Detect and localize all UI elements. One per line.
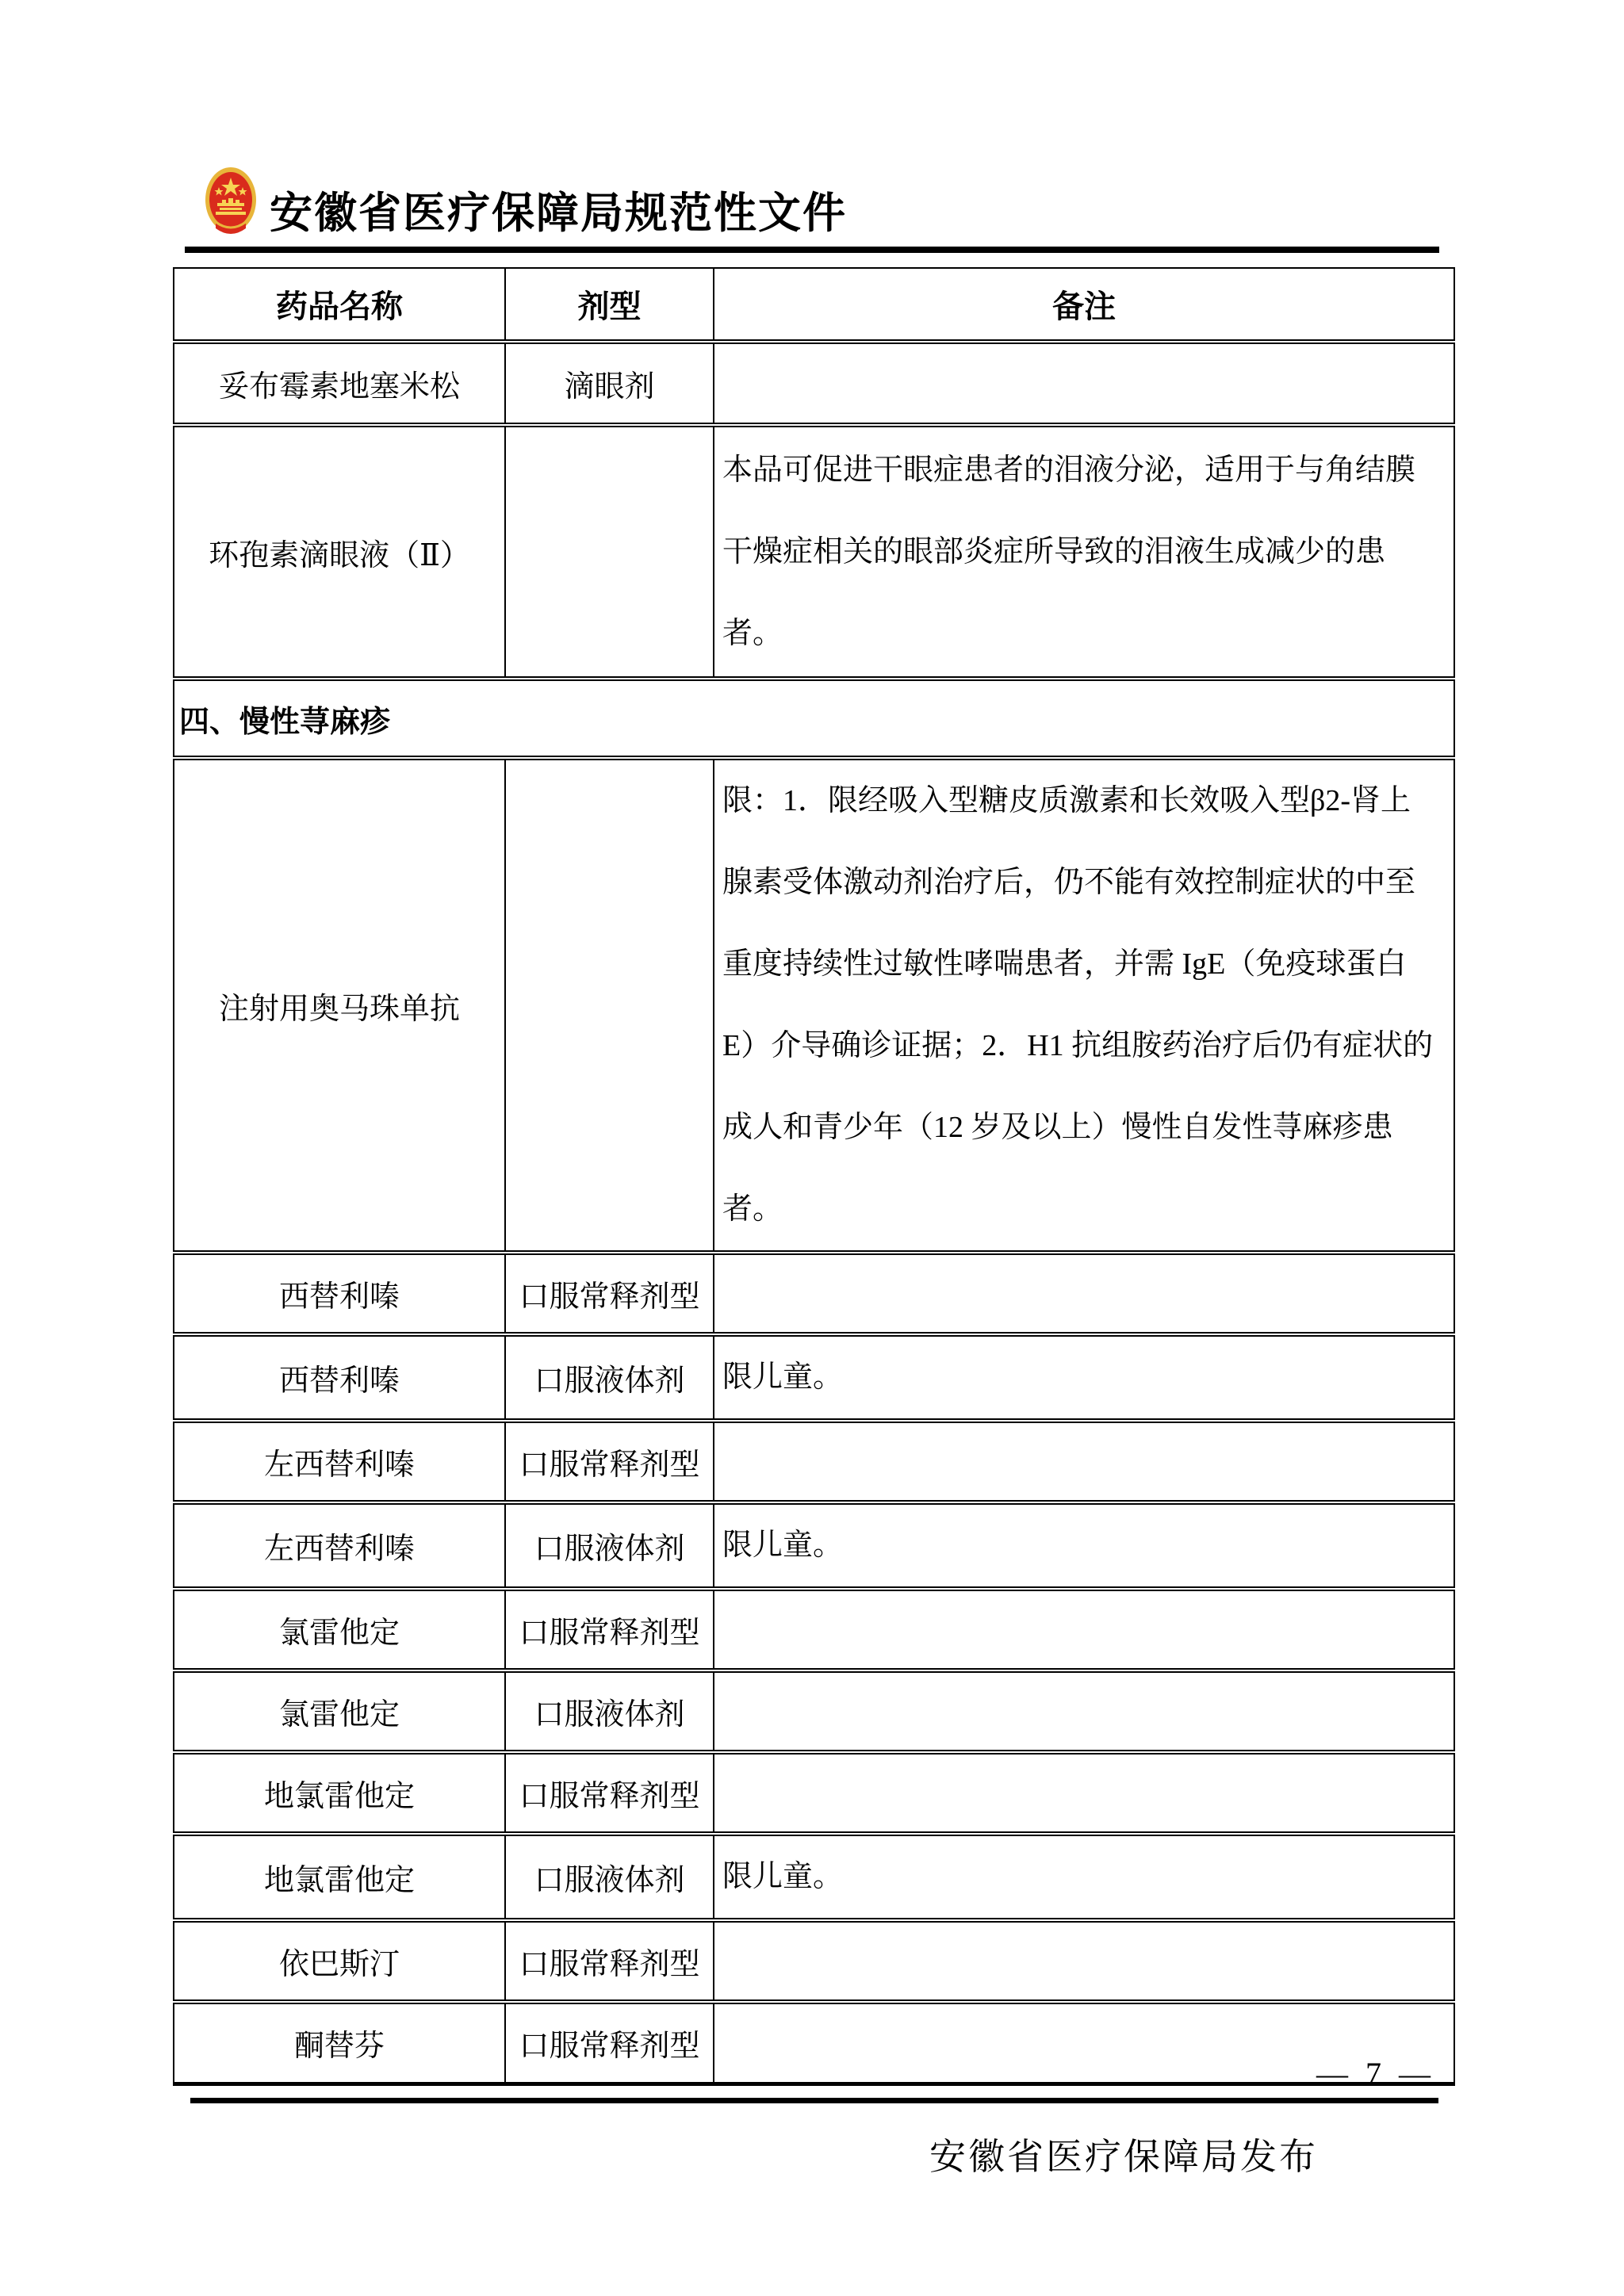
- column-header-dosage-form: 剂型: [505, 268, 714, 342]
- note-cell: 限：1．限经吸入型糖皮质激素和长效吸入型β2-肾上腺素受体激动剂治疗后，仍不能有…: [714, 758, 1454, 1253]
- page-number: — 7 —: [1316, 2055, 1435, 2092]
- dosage-form-cell: 口服液体剂: [505, 1334, 714, 1421]
- table-row: 左西替利嗪 口服常释剂型: [174, 1421, 1454, 1502]
- dosage-form-cell: [505, 425, 714, 679]
- note-cell: [714, 1752, 1454, 1834]
- drug-name-cell: 氯雷他定: [174, 1670, 505, 1752]
- note-cell: [714, 342, 1454, 425]
- dosage-form-cell: 口服常释剂型: [505, 1752, 714, 1834]
- table-row: 酮替芬 口服常释剂型: [174, 2002, 1454, 2084]
- table-row: 西替利嗪 口服常释剂型: [174, 1253, 1454, 1334]
- drug-name-cell: 注射用奥马珠单抗: [174, 758, 505, 1253]
- section-row: 四、慢性荨麻疹: [174, 679, 1454, 758]
- drug-name-cell: 西替利嗪: [174, 1253, 505, 1334]
- note-cell: [714, 1253, 1454, 1334]
- publisher-line: 安徽省医疗保障局发布: [929, 2128, 1318, 2180]
- dosage-form-cell: 口服液体剂: [505, 1834, 714, 1920]
- dosage-form-cell: 口服常释剂型: [505, 1589, 714, 1670]
- dosage-form-cell: 口服液体剂: [505, 1502, 714, 1589]
- table-row: 注射用奥马珠单抗 限：1．限经吸入型糖皮质激素和长效吸入型β2-肾上腺素受体激动…: [174, 758, 1454, 1253]
- drug-table: 药品名称 剂型 备注 妥布霉素地塞米松 滴眼剂 环孢素滴眼液（Ⅱ） 本品可促进干…: [173, 267, 1455, 2086]
- note-cell: [714, 1670, 1454, 1752]
- dosage-form-cell: 滴眼剂: [505, 342, 714, 425]
- table-row: 妥布霉素地塞米松 滴眼剂: [174, 342, 1454, 425]
- drug-name-cell: 依巴斯汀: [174, 1920, 505, 2002]
- column-header-note: 备注: [714, 268, 1454, 342]
- drug-name-cell: 环孢素滴眼液（Ⅱ）: [174, 425, 505, 679]
- note-cell: 限儿童。: [714, 1334, 1454, 1421]
- section-title: 四、慢性荨麻疹: [174, 679, 1454, 758]
- footer-divider: [190, 2098, 1438, 2103]
- table-row: 左西替利嗪 口服液体剂 限儿童。: [174, 1502, 1454, 1589]
- table-row: 氯雷他定 口服液体剂: [174, 1670, 1454, 1752]
- header-divider: [185, 247, 1439, 253]
- drug-name-cell: 氯雷他定: [174, 1589, 505, 1670]
- table-row: 依巴斯汀 口服常释剂型: [174, 1920, 1454, 2002]
- table-row: 西替利嗪 口服液体剂 限儿童。: [174, 1334, 1454, 1421]
- dosage-form-cell: 口服常释剂型: [505, 2002, 714, 2084]
- drug-name-cell: 妥布霉素地塞米松: [174, 342, 505, 425]
- table-row: 氯雷他定 口服常释剂型: [174, 1589, 1454, 1670]
- drug-name-cell: 左西替利嗪: [174, 1502, 505, 1589]
- note-cell: 本品可促进干眼症患者的泪液分泌，适用于与角结膜干燥症相关的眼部炎症所导致的泪液生…: [714, 425, 1454, 679]
- drug-name-cell: 西替利嗪: [174, 1334, 505, 1421]
- dosage-form-cell: 口服常释剂型: [505, 1253, 714, 1334]
- note-cell: 限儿童。: [714, 1834, 1454, 1920]
- drug-name-cell: 酮替芬: [174, 2002, 505, 2084]
- dosage-form-cell: [505, 758, 714, 1253]
- note-cell: [714, 1589, 1454, 1670]
- table-row: 环孢素滴眼液（Ⅱ） 本品可促进干眼症患者的泪液分泌，适用于与角结膜干燥症相关的眼…: [174, 425, 1454, 679]
- column-header-drug-name: 药品名称: [174, 268, 505, 342]
- dosage-form-cell: 口服常释剂型: [505, 1920, 714, 2002]
- table-row: 地氯雷他定 口服常释剂型: [174, 1752, 1454, 1834]
- national-emblem-icon: [205, 166, 257, 238]
- note-cell: 限儿童。: [714, 1502, 1454, 1589]
- note-cell: [714, 1920, 1454, 2002]
- drug-name-cell: 地氯雷他定: [174, 1752, 505, 1834]
- dosage-form-cell: 口服液体剂: [505, 1670, 714, 1752]
- table-row: 地氯雷他定 口服液体剂 限儿童。: [174, 1834, 1454, 1920]
- note-cell: [714, 1421, 1454, 1502]
- dosage-form-cell: 口服常释剂型: [505, 1421, 714, 1502]
- table-header-row: 药品名称 剂型 备注: [174, 268, 1454, 342]
- document-title: 安徽省医疗保障局规范性文件: [270, 179, 847, 240]
- drug-name-cell: 地氯雷他定: [174, 1834, 505, 1920]
- drug-name-cell: 左西替利嗪: [174, 1421, 505, 1502]
